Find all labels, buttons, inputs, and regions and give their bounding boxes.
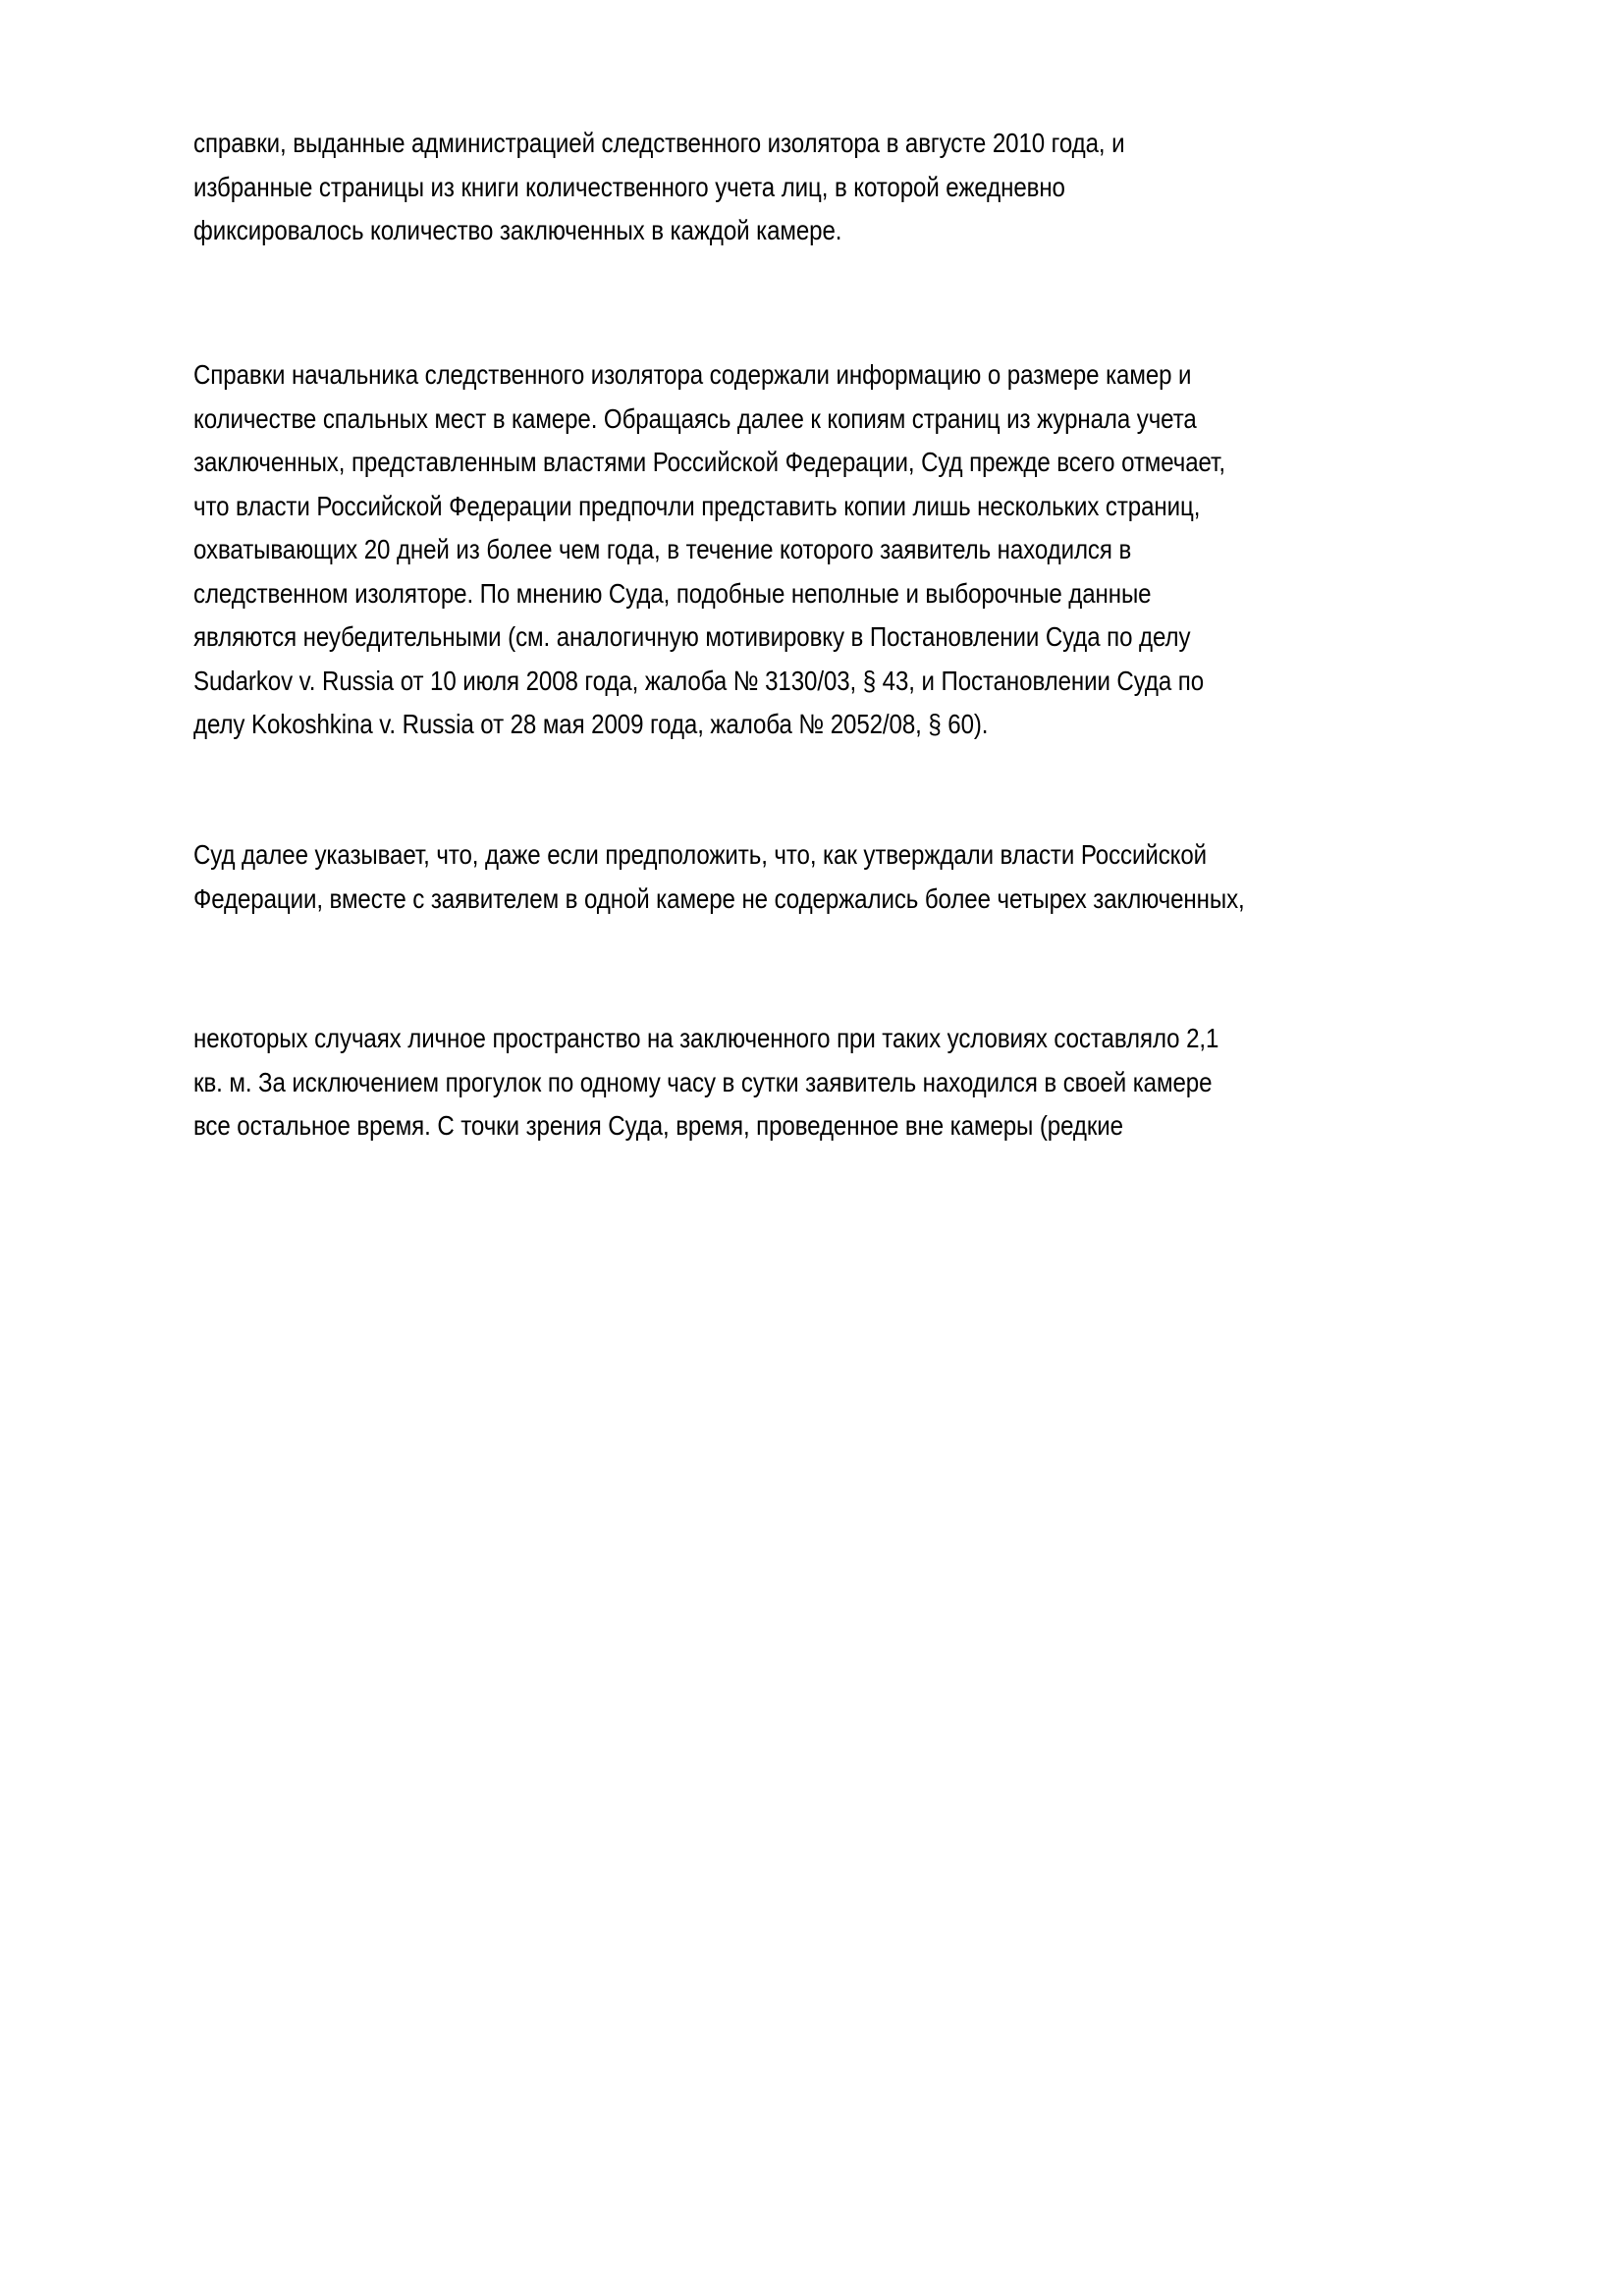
document-page: справки, выданные администрацией следств… (0, 0, 1623, 2296)
text-line: делу Kokoshkina v. Russia от 28 мая 2009… (193, 703, 1225, 747)
paragraph-certificates: справки, выданные администрацией следств… (193, 122, 1276, 253)
text-line: фиксировалось количество заключенных в к… (193, 209, 1124, 253)
text-line: Sudarkov v. Russia от 10 июля 2008 года,… (193, 660, 1225, 704)
text-line: избранные страницы из книги количественн… (193, 166, 1124, 210)
text-line: справки, выданные администрацией следств… (193, 122, 1124, 166)
text-line: Федерации, вместе с заявителем в одной к… (193, 878, 1245, 922)
paragraph-court-further: Суд далее указывает, что, даже если пред… (193, 833, 1416, 921)
text-line: что власти Российской Федерации предпочл… (193, 485, 1225, 529)
text-line: Суд далее указывает, что, даже если пред… (193, 833, 1245, 878)
text-line: кв. м. За исключением прогулок по одному… (193, 1061, 1218, 1105)
paragraph-court-assessment: Справки начальника следственного изолято… (193, 353, 1393, 747)
text-line: некоторых случаях личное пространство на… (193, 1017, 1218, 1061)
text-line: являются неубедительными (см. аналогичну… (193, 615, 1225, 660)
text-line: заключенных, представленным властями Рос… (193, 441, 1225, 485)
text-line: все остальное время. С точки зрения Суда… (193, 1104, 1218, 1148)
text-line: охватывающих 20 дней из более чем года, … (193, 528, 1225, 572)
text-line: следственном изоляторе. По мнению Суда, … (193, 572, 1225, 616)
text-line: количестве спальных мест в камере. Обращ… (193, 398, 1225, 442)
text-line: Справки начальника следственного изолято… (193, 353, 1225, 398)
paragraph-personal-space: некоторых случаях личное пространство на… (193, 1017, 1385, 1148)
